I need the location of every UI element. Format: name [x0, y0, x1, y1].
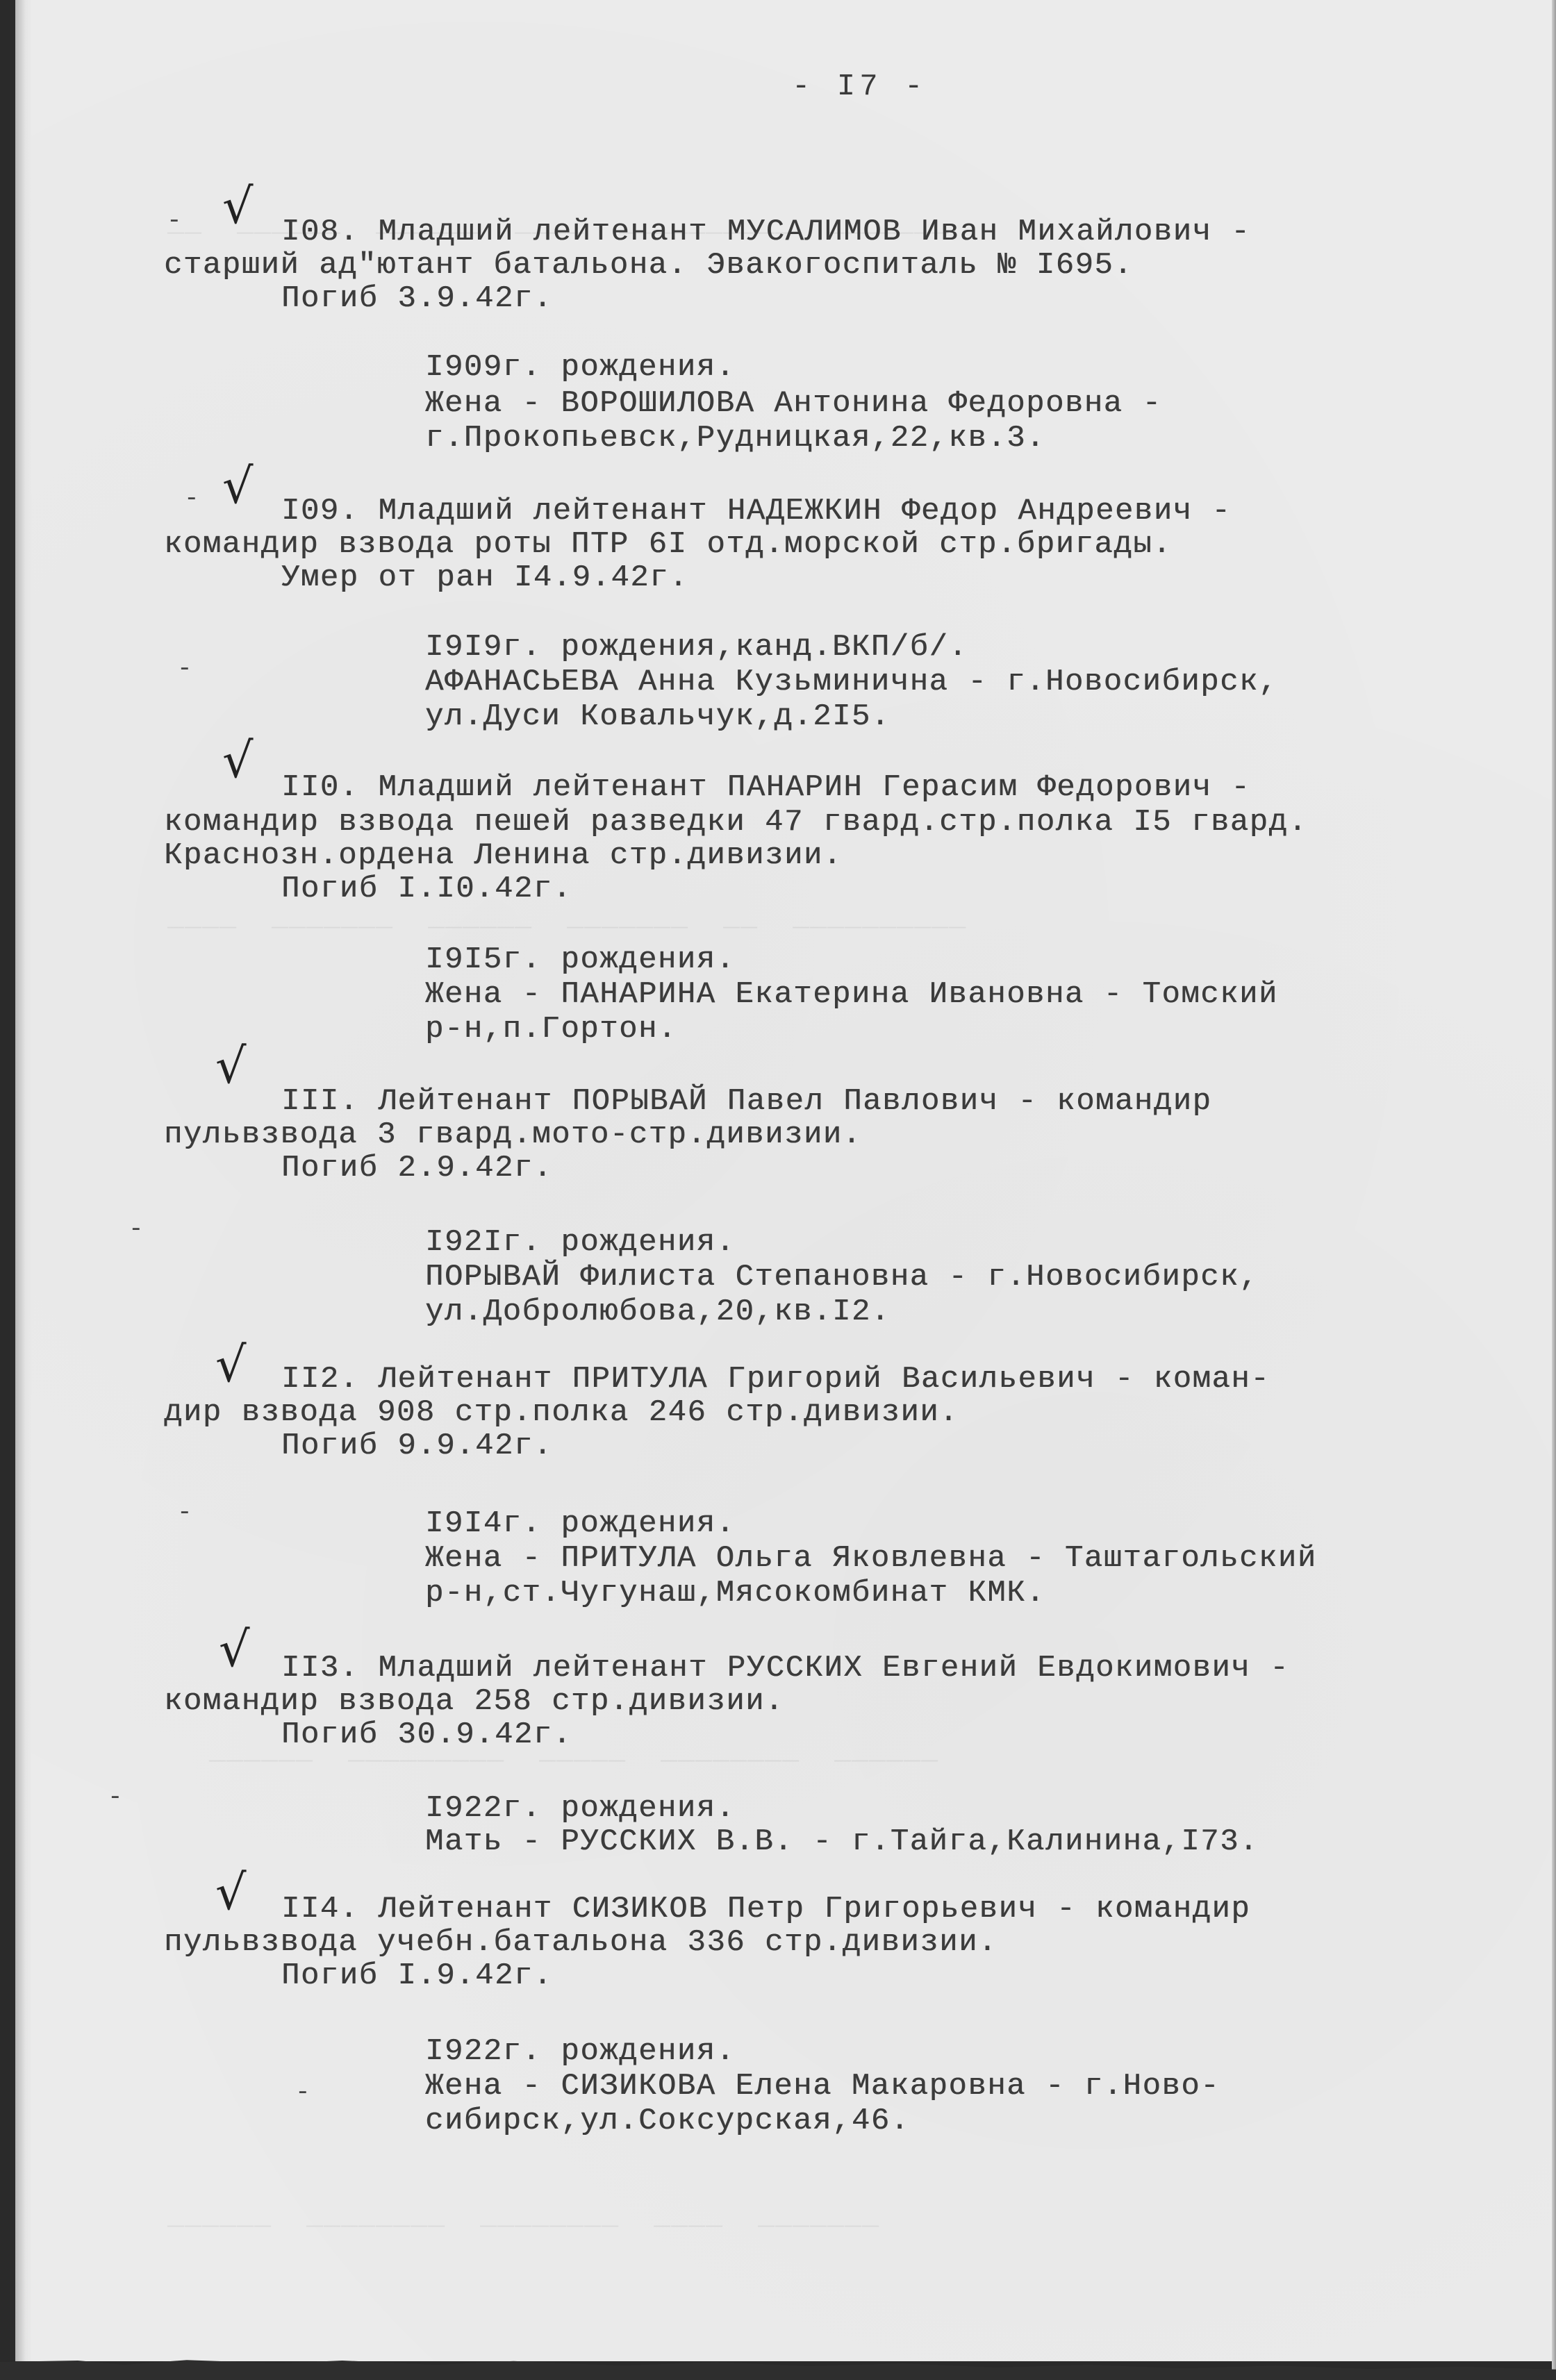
entry-114-line-1: II4. Лейтенант СИЗИКОВ Петр Григорьевич … — [281, 1892, 1250, 1926]
entry-113-birth: I922г. рождения. — [425, 1792, 735, 1825]
entry-111-address: ул.Добролюбова,20,кв.I2. — [425, 1295, 891, 1329]
entry-109-address: ул.Дуси Ковальчук,д.2I5. — [425, 700, 891, 733]
entry-108-address: г.Прокопьевск,Рудницкая,22,кв.3. — [425, 422, 1045, 455]
entry-108-relative: Жена - ВОРОШИЛОВА Антонина Федоровна - — [425, 387, 1161, 420]
entry-114-death: Погиб I.9.42г. — [281, 1959, 553, 1992]
entry-113-death: Погиб 30.9.42г. — [281, 1718, 572, 1751]
handwritten-check-icon: √ — [215, 1042, 247, 1090]
entry-110-address: р-н,п.Гортон. — [425, 1013, 677, 1046]
entry-112-death: Погиб 9.9.42г. — [281, 1429, 553, 1463]
entry-111-relative: ПОРЫВАЙ Филиста Степановна - г.Новосибир… — [425, 1260, 1259, 1294]
entry-110-line-2: командир взвода пешей разведки 47 гвард.… — [164, 806, 1307, 839]
entry-111-line-1: III. Лейтенант ПОРЫВАЙ Павел Павлович - … — [281, 1085, 1211, 1118]
margin-dash-mark: - — [129, 1217, 144, 1242]
entry-108-birth: I909г. рождения. — [425, 351, 735, 384]
entry-110-line-3: Краснозн.ордена Ленина стр.дивизии. — [164, 839, 843, 872]
entry-113-line-2: командир взвода 258 стр.дивизии. — [164, 1685, 784, 1718]
entry-109-death: Умер от ран I4.9.42г. — [281, 561, 688, 594]
handwritten-check-icon: √ — [222, 462, 254, 510]
entry-112-line-1: II2. Лейтенант ПРИТУЛА Григорий Васильев… — [281, 1363, 1270, 1396]
entry-112-address: р-н,ст.Чугунаш,Мясокомбинат КМК. — [425, 1576, 1045, 1610]
entry-111-death: Погиб 2.9.42г. — [281, 1151, 553, 1185]
entry-108-death: Погиб 3.9.42г. — [281, 282, 553, 315]
bleed-through-text: _______ ____ ________ ________ ______ — [167, 2202, 879, 2233]
entry-109-line-2: командир взвода роты ПТР 6I отд.морской … — [164, 528, 1172, 561]
margin-dash-mark: - — [167, 208, 182, 233]
handwritten-check-icon: √ — [215, 1340, 247, 1389]
handwritten-check-icon: √ — [219, 1625, 250, 1674]
margin-dash-mark: - — [177, 656, 192, 681]
entry-112-relative: Жена - ПРИТУЛА Ольга Яковлевна - Таштаго… — [425, 1542, 1317, 1575]
entry-109-relative: АФАНАСЬЕВА Анна Кузьминична - г.Новосиби… — [425, 665, 1278, 699]
bleed-through-text: __________ __ _______ ______ _______ ___… — [167, 903, 966, 934]
entry-114-address: сибирск,ул.Соксурская,46. — [425, 2104, 910, 2138]
page-number: - I7 - — [792, 69, 927, 104]
entry-109-line-1: I09. Младший лейтенант НАДЕЖКИН Федор Ан… — [281, 494, 1231, 528]
handwritten-check-icon: √ — [222, 182, 254, 231]
entry-110-birth: I9I5г. рождения. — [425, 943, 735, 976]
margin-dash-mark: - — [184, 486, 199, 511]
document-page — [15, 0, 1556, 2361]
entry-114-relative: Жена - СИЗИКОВА Елена Макаровна - г.Ново… — [425, 2070, 1220, 2103]
entry-110-relative: Жена - ПАНАРИНА Екатерина Ивановна - Том… — [425, 978, 1278, 1011]
entry-112-line-2: дир взвода 908 стр.полка 246 стр.дивизии… — [164, 1396, 959, 1429]
entry-111-line-2: пульвзвода 3 гвард.мото-стр.дивизии. — [164, 1118, 862, 1151]
entry-108-line-1: I08. Младший лейтенант МУСАЛИМОВ Иван Ми… — [281, 215, 1250, 249]
entry-111-birth: I92Iг. рождения. — [425, 1226, 735, 1259]
margin-dash-mark: - — [177, 1500, 192, 1525]
margin-dash-mark: - — [108, 1785, 123, 1810]
entry-113-line-1: II3. Младший лейтенант РУССКИХ Евгений Е… — [281, 1651, 1289, 1685]
entry-110-death: Погиб I.I0.42г. — [281, 872, 572, 906]
scan-right-edge — [1552, 0, 1556, 2380]
entry-109-birth: I9I9г. рождения,канд.ВКП/б/. — [425, 631, 968, 664]
handwritten-check-icon: √ — [222, 736, 254, 785]
handwritten-check-icon: √ — [215, 1868, 247, 1917]
entry-114-birth: I922г. рождения. — [425, 2035, 735, 2068]
entry-114-line-2: пульвзвода учебн.батальона 336 стр.дивиз… — [164, 1926, 998, 1959]
entry-113-relative: Мать - РУССКИХ В.В. - г.Тайга,Калинина,I… — [425, 1825, 1259, 1858]
entry-112-birth: I9I4г. рождения. — [425, 1507, 735, 1540]
scan-binding-shadow — [15, 0, 32, 2361]
entry-110-line-1: II0. Младший лейтенант ПАНАРИН Герасим Ф… — [281, 771, 1250, 804]
margin-dash-mark: - — [295, 2080, 311, 2105]
entry-108-line-2: старший ад"ютант батальона. Эвакогоспита… — [164, 249, 1133, 282]
